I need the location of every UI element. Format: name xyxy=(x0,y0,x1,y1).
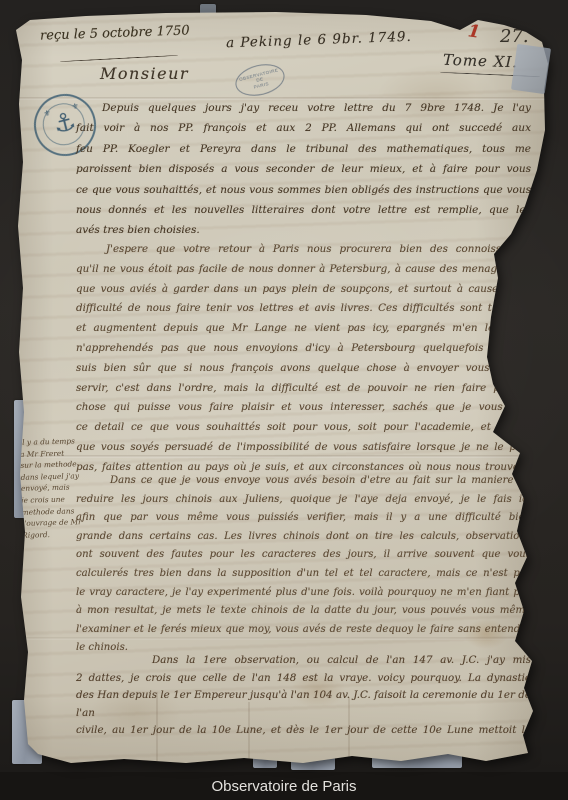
margin-note-line: il y a du temps xyxy=(20,435,84,448)
place-date-line: a Peking le 6 9br. 1749. xyxy=(226,29,412,51)
handwritten-line: Dans ce que je vous envoye vous avés bes… xyxy=(76,472,531,491)
handwritten-line: J'espere que votre retour à Paris nous p… xyxy=(76,240,531,260)
handwritten-line: servir, c'est dans l'ordre, mais la diff… xyxy=(76,379,531,399)
handwritten-line: chose qui puisse vous faire plaisir et v… xyxy=(76,398,531,418)
handwritten-line: calculerés tres bien dans la supposition… xyxy=(76,565,531,584)
handwritten-line: que vous soyés persuadé de l'impossibili… xyxy=(76,438,531,458)
paragraph: Depuis quelques jours j'ay receu votre l… xyxy=(76,98,531,241)
handwritten-line: suis bien sûr que si nous françois avons… xyxy=(76,359,531,379)
handwritten-line: qu'il ne vous étoit pas facile de nous d… xyxy=(76,260,531,280)
paragraph: Dans ce que je vous envoye vous avés bes… xyxy=(76,472,531,658)
handwritten-line: reduire les jours chinois aux Juliens, q… xyxy=(76,491,531,510)
handwritten-line: le vray caractere, je l'ay experimenté p… xyxy=(76,584,531,603)
handwritten-line: ce que vous souhaittés, et nous vous som… xyxy=(76,180,531,200)
handwritten-line: que vous aviés à garder dans un pays ple… xyxy=(76,280,531,300)
handwritten-line: Depuis quelques jours j'ay receu votre l… xyxy=(76,98,531,118)
photo-credit-caption: Observatoire de Paris xyxy=(0,778,568,795)
received-note-underline xyxy=(60,55,178,62)
margin-note-line: Rigord. xyxy=(22,528,86,541)
handwritten-line: des Han depuis le 1er Empereur jusqu'à l… xyxy=(76,687,531,722)
handwritten-line: nous donnés et les nouvelles litteraires… xyxy=(76,200,531,220)
handwritten-line: à mon resultat, je mets le texte chinois… xyxy=(76,602,531,621)
tape-piece xyxy=(511,44,551,94)
paragraph: J'espere que votre retour à Paris nous p… xyxy=(76,240,531,478)
handwritten-line: ce detail ce que vous souhaittés soit po… xyxy=(76,418,531,438)
handwritten-line: ont souvent des fautes pour les caracter… xyxy=(76,546,531,565)
handwritten-line: Dans la 1ere observation, ou calcul de l… xyxy=(76,652,531,670)
margin-note-line: dans lequel j'ay xyxy=(21,470,85,483)
handwritten-line: feu PP. Koegler et Pereyra dans le tribu… xyxy=(76,139,531,159)
photo-background: reçu le 5 octobre 1750 a Peking le 6 9br… xyxy=(0,0,568,772)
handwritten-line: 2 dattes, je crois que celle de l'an 148… xyxy=(76,670,531,688)
paragraph: Dans la 1ere observation, ou calcul de l… xyxy=(76,652,531,740)
handwritten-line: difficulté de nous faire tenir vos lettr… xyxy=(76,299,531,319)
handwritten-line: afin que par vous même vous puissiés ver… xyxy=(76,509,531,528)
handwritten-line: l'examiner et le ferés mieux que moy, vo… xyxy=(76,621,531,640)
handwritten-line: et augmentent depuis que Mr Lange ne vie… xyxy=(76,319,531,339)
handwritten-line: paroissent bien disposés a vous seconder… xyxy=(76,159,531,179)
tome-label: Tome XI. xyxy=(443,51,519,72)
salutation: Monsieur xyxy=(100,64,189,83)
oval-stamp-line3: PARIS xyxy=(253,81,269,90)
handwritten-line: grande dans certains cas. Les livres chi… xyxy=(76,528,531,547)
handwritten-line: n'apprehendés pas que nous envoyions d'i… xyxy=(76,339,531,359)
folio-number-red: 1 xyxy=(467,21,482,42)
observatoire-oval-stamp: OBSERVATOIRE DE PARIS xyxy=(232,59,288,100)
handwritten-line: civile, au 1er jour de la 10e Lune, et d… xyxy=(76,722,531,740)
handwritten-line: fait voir à nos PP. françois et aux 2 PP… xyxy=(76,118,531,138)
handwritten-line: avés tres bien choisies. xyxy=(76,220,531,240)
manuscript-photo-page: reçu le 5 octobre 1750 a Peking le 6 9br… xyxy=(0,0,568,800)
margin-note: il y a du tempsa Mr Freretsur la methode… xyxy=(20,435,87,541)
margin-note-line: l'ouvrage de Mr xyxy=(22,516,86,529)
manuscript-paper: reçu le 5 octobre 1750 a Peking le 6 9br… xyxy=(16,12,550,774)
received-date-note: reçu le 5 octobre 1750 xyxy=(40,23,190,43)
